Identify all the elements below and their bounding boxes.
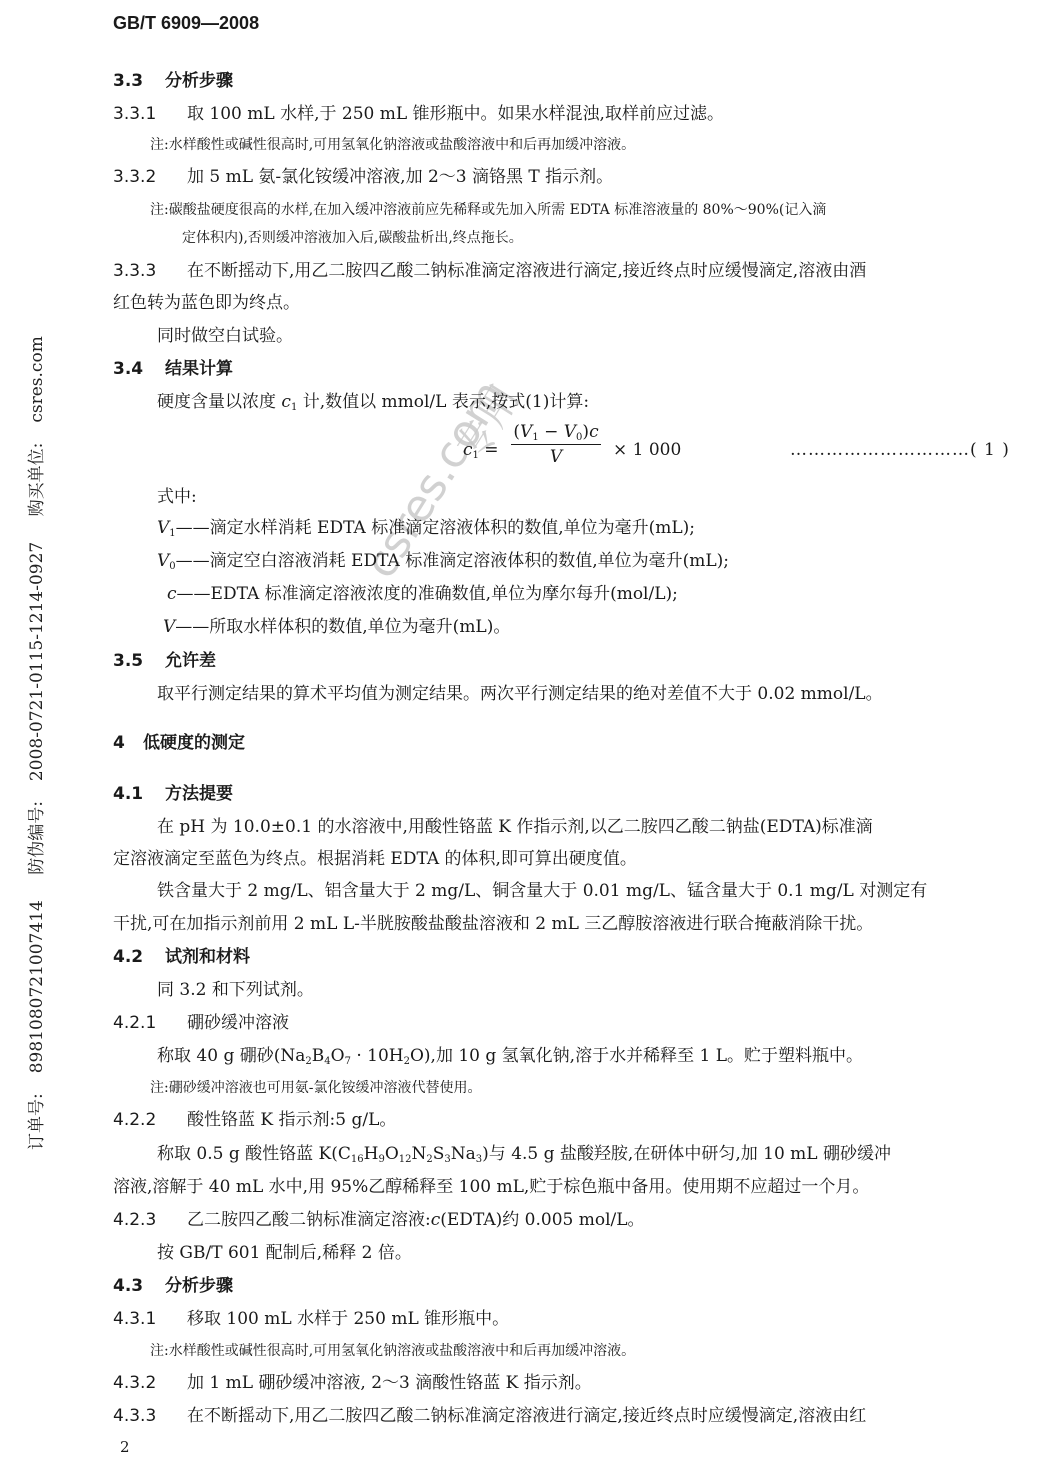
page-number: 2 — [120, 1438, 130, 1456]
sub: 12 — [399, 1154, 412, 1165]
clause-number: 4.3.1 — [113, 1308, 187, 1330]
var: V — [520, 422, 532, 442]
text: 称取 0.5 g 酸性铬蓝 K(C — [157, 1144, 351, 1164]
formula-denominator: V — [511, 445, 601, 467]
where-label: 式中: — [157, 486, 197, 508]
para-3-3-2: 3.3.2加 5 mL 氨-氯化铵缓冲溶液,加 2～3 滴铬黑 T 指示剂。 — [113, 166, 613, 188]
section-number: 4 — [113, 732, 143, 754]
section-3-5-heading: 3.5允许差 — [113, 650, 216, 672]
formula-multiplier: × 1 000 — [613, 440, 681, 460]
para-3-3-3-blank: 同时做空白试验。 — [157, 325, 293, 347]
para-4-3-2: 4.3.2加 1 mL 硼砂缓冲溶液, 2～3 滴酸性铬蓝 K 指示剂。 — [113, 1372, 592, 1394]
text: O — [385, 1144, 399, 1164]
section-number: 4.1 — [113, 783, 165, 805]
document-page: GB/T 6909—2008 订单号:8981080721007414 防伪编号… — [0, 0, 1064, 1467]
text: 计,数值以 mmol/L 表示,按式(1)计算: — [297, 392, 589, 412]
clause-number: 3.3.1 — [113, 103, 187, 125]
clause-text: 移取 100 mL 水样于 250 mL 锥形瓶中。 — [187, 1309, 509, 1329]
section-4-3-heading: 4.3分析步骤 — [113, 1275, 233, 1297]
text: 乙二胺四乙酸二钠标准滴定溶液: — [187, 1210, 431, 1230]
symbol: V — [157, 551, 169, 571]
text: S — [433, 1144, 445, 1164]
para-4-3-1: 4.3.1移取 100 mL 水样于 250 mL 锥形瓶中。 — [113, 1308, 509, 1330]
para-3-5: 取平行测定结果的算术平均值为测定结果。两次平行测定结果的绝对差值不大于 0.02… — [157, 683, 883, 705]
clause-text: 加 5 mL 氨-氯化铵缓冲溶液,加 2～3 滴铬黑 T 指示剂。 — [187, 167, 613, 187]
para-4-2-2-line1: 称取 0.5 g 酸性铬蓝 K(C16H9O12N2S3Na3)与 4.5 g … — [157, 1143, 891, 1165]
text: O — [331, 1046, 345, 1066]
para-4-1-p2-line2: 干扰,可在加指示剂前用 2 mL L-半胱胺酸盐酸盐溶液和 2 mL 三乙醇胺溶… — [113, 913, 873, 935]
equation-number: …………………………( 1 ) — [790, 440, 1010, 460]
section-number: 4.2 — [113, 946, 165, 968]
text: (EDTA)约 0.005 mol/L。 — [440, 1210, 644, 1230]
var: c — [281, 392, 291, 412]
section-title: 分析步骤 — [165, 71, 233, 91]
text: B — [312, 1046, 325, 1066]
definition-v0: V0——滴定空白溶液消耗 EDTA 标准滴定溶液体积的数值,单位为毫升(mL); — [157, 550, 729, 572]
text: )与 4.5 g 盐酸羟胺,在研体中研匀,加 10 mL 硼砂缓冲 — [482, 1144, 891, 1164]
section-title: 方法提要 — [165, 784, 233, 804]
text: 称取 40 g 硼砂(Na — [157, 1046, 305, 1066]
order-label: 订单号: — [27, 1093, 47, 1150]
para-4-2-2-line2: 溶液,溶解于 40 mL 水中,用 95%乙醇稀释至 100 mL,贮于棕色瓶中… — [113, 1176, 869, 1198]
clause-text: 加 1 mL 硼砂缓冲溶液, 2～3 滴酸性铬蓝 K 指示剂。 — [187, 1373, 592, 1393]
clause-number: 4.2.3 — [113, 1209, 187, 1231]
section-3-3-heading: 3.3分析步骤 — [113, 70, 233, 92]
para-3-3-3-line2: 红色转为蓝色即为终点。 — [113, 292, 300, 314]
clause-text: 取 100 mL 水样,于 250 mL 锥形瓶中。如果水样混浊,取样前应过滤。 — [187, 104, 724, 124]
clause-number: 4.3.3 — [113, 1405, 187, 1427]
para-3-3-1: 3.3.1取 100 mL 水样,于 250 mL 锥形瓶中。如果水样混浊,取样… — [113, 103, 724, 125]
definition-v: V——所取水样体积的数值,单位为毫升(mL)。 — [163, 616, 510, 638]
symbol: c — [167, 584, 177, 604]
clause-text: 在不断摇动下,用乙二胺四乙酸二钠标准滴定溶液进行滴定,接近终点时应缓慢滴定,溶液… — [187, 261, 866, 281]
section-title: 低硬度的测定 — [143, 733, 245, 753]
minus: − — [539, 422, 564, 442]
section-number: 3.3 — [113, 70, 165, 92]
section-title: 结果计算 — [165, 359, 233, 379]
section-title: 允许差 — [165, 651, 216, 671]
note-4-2-1: 注:硼砂缓冲溶液也可用氨-氯化铵缓冲溶液代替使用。 — [150, 1078, 481, 1098]
order-value: 8981080721007414 — [27, 900, 47, 1073]
formula-fraction: (V1 − V0)c V — [511, 422, 601, 467]
text: Na — [451, 1144, 476, 1164]
var: V — [564, 422, 576, 442]
para-4-1-p2-line1: 铁含量大于 2 mg/L、铝含量大于 2 mg/L、铜含量大于 0.01 mg/… — [157, 880, 927, 902]
clause-number: 4.2.2 — [113, 1109, 187, 1131]
section-number: 4.3 — [113, 1275, 165, 1297]
antifake-label: 防伪编号: — [27, 801, 47, 875]
buyer-label: 购买单位: — [27, 443, 47, 517]
para-4-2: 同 3.2 和下列试剂。 — [157, 979, 314, 1001]
text: · 10H — [351, 1046, 404, 1066]
clause-number: 4.3.2 — [113, 1372, 187, 1394]
antifake-value: 2008-0721-0115-1214-0927 — [27, 542, 47, 781]
sidebar-watermark: 订单号:8981080721007414 防伪编号:2008-0721-0115… — [22, 316, 47, 1150]
para-4-1-p1-line2: 定溶液滴定至蓝色为终点。根据消耗 EDTA 的体积,即可算出硬度值。 — [113, 848, 637, 870]
clause-number: 3.3.3 — [113, 260, 187, 282]
note-3-3-1: 注:水样酸性或碱性很高时,可用氢氧化钠溶液或盐酸溶液中和后再加缓冲溶液。 — [150, 135, 635, 155]
text: 硬度含量以浓度 — [157, 392, 281, 412]
note-4-3-1: 注:水样酸性或碱性很高时,可用氢氧化钠溶液或盐酸溶液中和后再加缓冲溶液。 — [150, 1341, 635, 1361]
var: c — [431, 1210, 441, 1230]
text: O),加 10 g 氢氧化钠,溶于水并稀释至 1 L。贮于塑料瓶中。 — [410, 1046, 863, 1066]
clause-number: 4.2.1 — [113, 1012, 187, 1034]
section-4-1-heading: 4.1方法提要 — [113, 783, 233, 805]
section-3-4-heading: 3.4结果计算 — [113, 358, 233, 380]
definition-text: ——EDTA 标准滴定溶液浓度的准确数值,单位为摩尔每升(mol/L); — [177, 584, 678, 604]
standard-id: GB/T 6909—2008 — [113, 12, 259, 34]
section-4-heading: 4低硬度的测定 — [113, 732, 245, 754]
note-3-3-2-line1: 注:碳酸盐硬度很高的水样,在加入缓冲溶液前应先稀释或先加入所需 EDTA 标准溶… — [150, 200, 826, 220]
symbol: V — [157, 518, 169, 538]
section-number: 3.4 — [113, 358, 165, 380]
section-4-2-heading: 4.2试剂和材料 — [113, 946, 250, 968]
buyer-value: csres.com — [27, 336, 47, 422]
section-title: 分析步骤 — [165, 1276, 233, 1296]
symbol: V — [163, 617, 175, 637]
note-3-3-2-line2: 定体积内),否则缓冲溶液加入后,碳酸盐析出,终点拖长。 — [182, 228, 523, 248]
formula-numerator: (V1 − V0)c — [511, 422, 601, 445]
para-4-2-3: 按 GB/T 601 配制后,稀释 2 倍。 — [157, 1242, 412, 1264]
equals: = — [479, 440, 499, 460]
var: c — [463, 440, 473, 460]
definition-v1: V1——滴定水样消耗 EDTA 标准滴定溶液体积的数值,单位为毫升(mL); — [157, 517, 695, 539]
clause-number: 3.3.2 — [113, 166, 187, 188]
definition-text: ——滴定空白溶液消耗 EDTA 标准滴定溶液体积的数值,单位为毫升(mL); — [176, 551, 729, 571]
formula-lhs: c1 = — [463, 440, 499, 460]
para-4-3-3: 4.3.3在不断摇动下,用乙二胺四乙酸二钠标准滴定溶液进行滴定,接近终点时应缓慢… — [113, 1405, 866, 1427]
clause-4-2-1-heading: 4.2.1硼砂缓冲溶液 — [113, 1012, 289, 1034]
section-title: 试剂和材料 — [165, 947, 250, 967]
var: c — [589, 422, 599, 442]
sub: 16 — [351, 1154, 364, 1165]
clause-title: 硼砂缓冲溶液 — [187, 1013, 289, 1033]
definition-text: ——滴定水样消耗 EDTA 标准滴定溶液体积的数值,单位为毫升(mL); — [176, 518, 695, 538]
clause-4-2-2-heading: 4.2.2酸性铬蓝 K 指示剂:5 g/L。 — [113, 1109, 396, 1131]
clause-text: 在不断摇动下,用乙二胺四乙酸二钠标准滴定溶液进行滴定,接近终点时应缓慢滴定,溶液… — [187, 1406, 866, 1426]
para-3-3-3-line1: 3.3.3在不断摇动下,用乙二胺四乙酸二钠标准滴定溶液进行滴定,接近终点时应缓慢… — [113, 260, 866, 282]
definition-text: ——所取水样体积的数值,单位为毫升(mL)。 — [175, 617, 510, 637]
section-number: 3.5 — [113, 650, 165, 672]
clause-4-2-3-heading: 4.2.3乙二胺四乙酸二钠标准滴定溶液:c(EDTA)约 0.005 mol/L… — [113, 1209, 645, 1231]
para-3-4-intro: 硬度含量以浓度 c1 计,数值以 mmol/L 表示,按式(1)计算: — [157, 391, 589, 413]
para-4-2-1: 称取 40 g 硼砂(Na2B4O7 · 10H2O),加 10 g 氢氧化钠,… — [157, 1045, 863, 1067]
para-4-1-p1-line1: 在 pH 为 10.0±0.1 的水溶液中,用酸性铬蓝 K 作指示剂,以乙二胺四… — [157, 816, 873, 838]
definition-c: c——EDTA 标准滴定溶液浓度的准确数值,单位为摩尔每升(mol/L); — [167, 583, 678, 605]
text: N — [411, 1144, 426, 1164]
clause-title: 酸性铬蓝 K 指示剂:5 g/L。 — [187, 1110, 396, 1130]
text: H — [364, 1144, 379, 1164]
